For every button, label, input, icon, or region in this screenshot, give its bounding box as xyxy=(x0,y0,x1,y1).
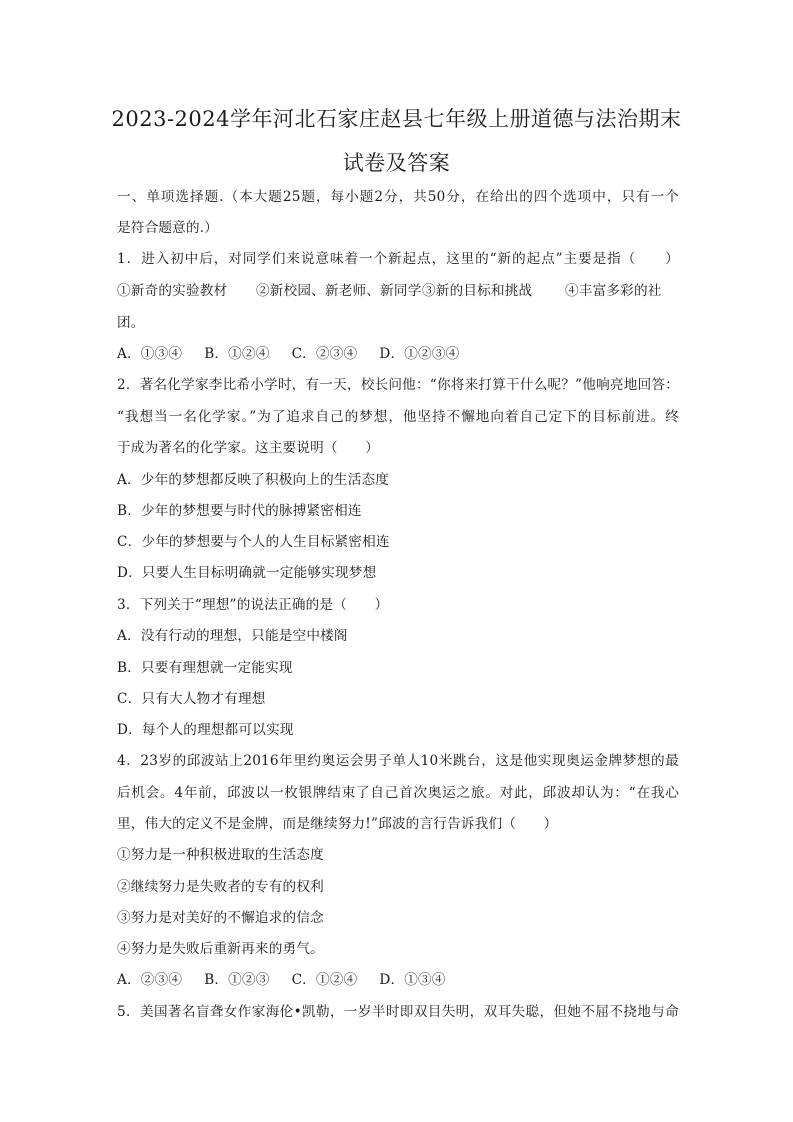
document-page: 2023-2024学年河北石家庄赵县七年级上册道德与法治期末 试卷及答案 一、单… xyxy=(0,0,793,1122)
question-2-option-b: B．少年的梦想要与时代的脉搏紧密相连 xyxy=(117,499,679,519)
question-4-statement-2: ②继续努力是失败者的专有的权利 xyxy=(117,875,679,895)
question-1-statement-wrap: 团。 xyxy=(117,311,679,331)
option-d: D．①②③④ xyxy=(379,342,459,362)
question-2-option-a: A．少年的梦想都反映了积极向上的生活态度 xyxy=(117,468,679,488)
question-2-stem-line-2: “我想当一名化学家。”为了追求自己的梦想，他坚持不懈地向着自己定下的目标前进。终 xyxy=(117,405,679,425)
option-b: B．①②④ xyxy=(204,342,269,362)
question-1-options: A．①③④B．①②④C．②③④D．①②③④ xyxy=(117,342,679,362)
question-2-stem-line-1: 2．著名化学家李比希小学时，有一天，校长问他：“你将来打算干什么呢？”他响亮地回… xyxy=(117,373,679,393)
question-2-stem-line-3: 于成为著名的化学家。这主要说明（ ） xyxy=(117,436,679,456)
option-c: C．①②④ xyxy=(292,968,358,988)
question-2-option-d: D．只要人生目标明确就一定能够实现梦想 xyxy=(117,561,679,581)
question-3-option-a: A．没有行动的理想，只能是空中楼阁 xyxy=(117,624,679,644)
section-heading-line-2: 是符合题意的.） xyxy=(117,216,679,236)
document-title-line-1: 2023-2024学年河北石家庄赵县七年级上册道德与法治期末 xyxy=(100,103,693,133)
question-1-stem: 1．进入初中后，对同学们来说意味着一个新起点，这里的“新的起点”主要是指（ ） xyxy=(117,247,679,267)
statement-3: ③新的目标和挑战 xyxy=(422,279,565,299)
question-4-statement-4: ④努力是失败后重新再来的勇气。 xyxy=(117,937,679,957)
option-c: C．②③④ xyxy=(292,342,358,362)
statement-4: ④丰富多彩的社 xyxy=(565,279,662,299)
question-4-statement-1: ①努力是一种积极进取的生活态度 xyxy=(117,843,679,863)
statement-2: ②新校园、新老师、新同学 xyxy=(256,279,422,299)
question-4-statement-3: ③努力是对美好的不懈追求的信念 xyxy=(117,906,679,926)
question-4-stem-line-2: 后机会。4年前，邱波以一枚银牌结束了自己首次奥运之旅。对此，邱波却认为：“在我心 xyxy=(117,781,679,801)
document-title-line-2: 试卷及答案 xyxy=(100,147,693,177)
question-4-stem-line-3: 里，伟大的定义不是金牌，而是继续努力!”邱波的言行告诉我们（ ） xyxy=(117,812,679,832)
question-3-option-c: C．只有大人物才有理想 xyxy=(117,687,679,707)
question-5-stem-line-1: 5．美国著名盲聋女作家海伦•凯勒，一岁半时即双目失明，双耳失聪，但她不屈不挠地与… xyxy=(117,1000,679,1020)
option-a: A．①③④ xyxy=(117,342,182,362)
question-3-option-d: D．每个人的理想都可以实现 xyxy=(117,718,679,738)
question-1-statements: ①新奇的实验教材②新校园、新老师、新同学③新的目标和挑战④丰富多彩的社 xyxy=(117,279,679,299)
option-a: A．②③④ xyxy=(117,968,182,988)
option-d: D．①③④ xyxy=(379,968,445,988)
section-heading-line-1: 一、单项选择题.（本大题25题，每小题2分，共50分，在给出的四个选项中，只有一… xyxy=(117,185,679,205)
question-3-stem: 3．下列关于“理想”的说法正确的是（ ） xyxy=(117,593,679,613)
statement-1: ①新奇的实验教材 xyxy=(117,279,256,299)
question-2-option-c: C．少年的梦想要与个人的人生目标紧密相连 xyxy=(117,530,679,550)
option-b: B．①②③ xyxy=(204,968,269,988)
question-4-stem-line-1: 4．23岁的邱波站上2016年里约奥运会男子单人10米跳台，这是他实现奥运金牌梦… xyxy=(117,749,679,769)
question-3-option-b: B．只要有理想就一定能实现 xyxy=(117,656,679,676)
question-4-options: A．②③④B．①②③C．①②④D．①③④ xyxy=(117,968,679,988)
